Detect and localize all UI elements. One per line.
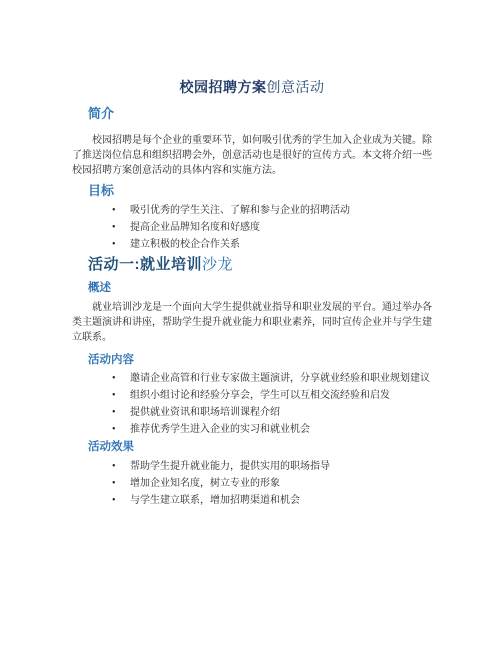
activity-content-list: •邀请企业高管和行业专家做主题演讲，分享就业经验和职业规划建议 •组织小组讨论和… [72, 370, 432, 438]
effects-list-item-text: 增加企业知名度，树立专业的形象 [130, 478, 280, 489]
bullet-icon: • [112, 421, 116, 438]
content-list-item: •邀请企业高管和行业专家做主题演讲，分享就业经验和职业规划建议 [110, 370, 432, 387]
activity-heading-rest: 沙龙 [202, 256, 233, 273]
content-list-item: •组织小组讨论和经验分享会，学生可以互相交流经验和启发 [110, 387, 432, 404]
effects-list-item: •增加企业知名度，树立专业的形象 [110, 475, 432, 492]
goals-list-item-text: 建立积极的校企合作关系 [130, 239, 240, 250]
effects-list-item: •与学生建立联系，增加招聘渠道和机会 [110, 492, 432, 509]
content-list-item-text: 提供就业资讯和职场培训课程介绍 [130, 407, 280, 418]
bullet-icon: • [112, 387, 116, 404]
subsection-heading-overview: 概述 [88, 281, 432, 295]
intro-paragraph: 校园招聘是每个企业的重要环节，如何吸引优秀的学生加入企业成为关键。除了推送岗位信… [72, 133, 432, 178]
bullet-icon: • [112, 236, 116, 253]
section-heading-intro: 简介 [88, 106, 432, 122]
goals-list-item-text: 吸引优秀的学生关注、了解和参与企业的招聘活动 [130, 205, 350, 216]
activity-heading: 活动一:就业培训沙龙 [88, 255, 432, 274]
section-heading-goals: 目标 [88, 183, 432, 199]
activity-effects-list: •帮助学生提升就业能力，提供实用的职场指导 •增加企业知名度，树立专业的形象 •… [72, 458, 432, 509]
goals-list: •吸引优秀的学生关注、了解和参与企业的招聘活动 •提高企业品牌知名度和好感度 •… [72, 202, 432, 253]
bullet-icon: • [112, 404, 116, 421]
page-title-rest: 创意活动 [267, 79, 325, 95]
activity-heading-emphasis: 活动一:就业培训 [88, 256, 202, 273]
effects-list-item-text: 帮助学生提升就业能力，提供实用的职场指导 [130, 461, 330, 472]
content-list-item: •推荐优秀学生进入企业的实习和就业机会 [110, 421, 432, 438]
bullet-icon: • [112, 458, 116, 475]
subsection-heading-content: 活动内容 [88, 353, 432, 367]
page-title: 校园招聘方案创意活动 [72, 78, 432, 96]
document-page: 校园招聘方案创意活动 简介 校园招聘是每个企业的重要环节，如何吸引优秀的学生加入… [0, 0, 500, 647]
effects-list-item-text: 与学生建立联系，增加招聘渠道和机会 [130, 495, 300, 506]
bullet-icon: • [112, 475, 116, 492]
bullet-icon: • [112, 219, 116, 236]
page-title-emphasis: 校园招聘方案 [180, 79, 267, 95]
bullet-icon: • [112, 202, 116, 219]
effects-list-item: •帮助学生提升就业能力，提供实用的职场指导 [110, 458, 432, 475]
content-list-item-text: 推荐优秀学生进入企业的实习和就业机会 [130, 424, 310, 435]
goals-list-item: •吸引优秀的学生关注、了解和参与企业的招聘活动 [110, 202, 432, 219]
overview-paragraph: 就业培训沙龙是一个面向大学生提供就业指导和职业发展的平台。通过举办各类主题演讲和… [72, 300, 432, 345]
goals-list-item-text: 提高企业品牌知名度和好感度 [130, 222, 260, 233]
subsection-heading-effects: 活动效果 [88, 440, 432, 454]
content-list-item: •提供就业资讯和职场培训课程介绍 [110, 404, 432, 421]
goals-list-item: •提高企业品牌知名度和好感度 [110, 219, 432, 236]
bullet-icon: • [112, 370, 116, 387]
content-list-item-text: 组织小组讨论和经验分享会，学生可以互相交流经验和启发 [130, 390, 390, 401]
bullet-icon: • [112, 492, 116, 509]
goals-list-item: •建立积极的校企合作关系 [110, 236, 432, 253]
content-list-item-text: 邀请企业高管和行业专家做主题演讲，分享就业经验和职业规划建议 [130, 373, 430, 384]
